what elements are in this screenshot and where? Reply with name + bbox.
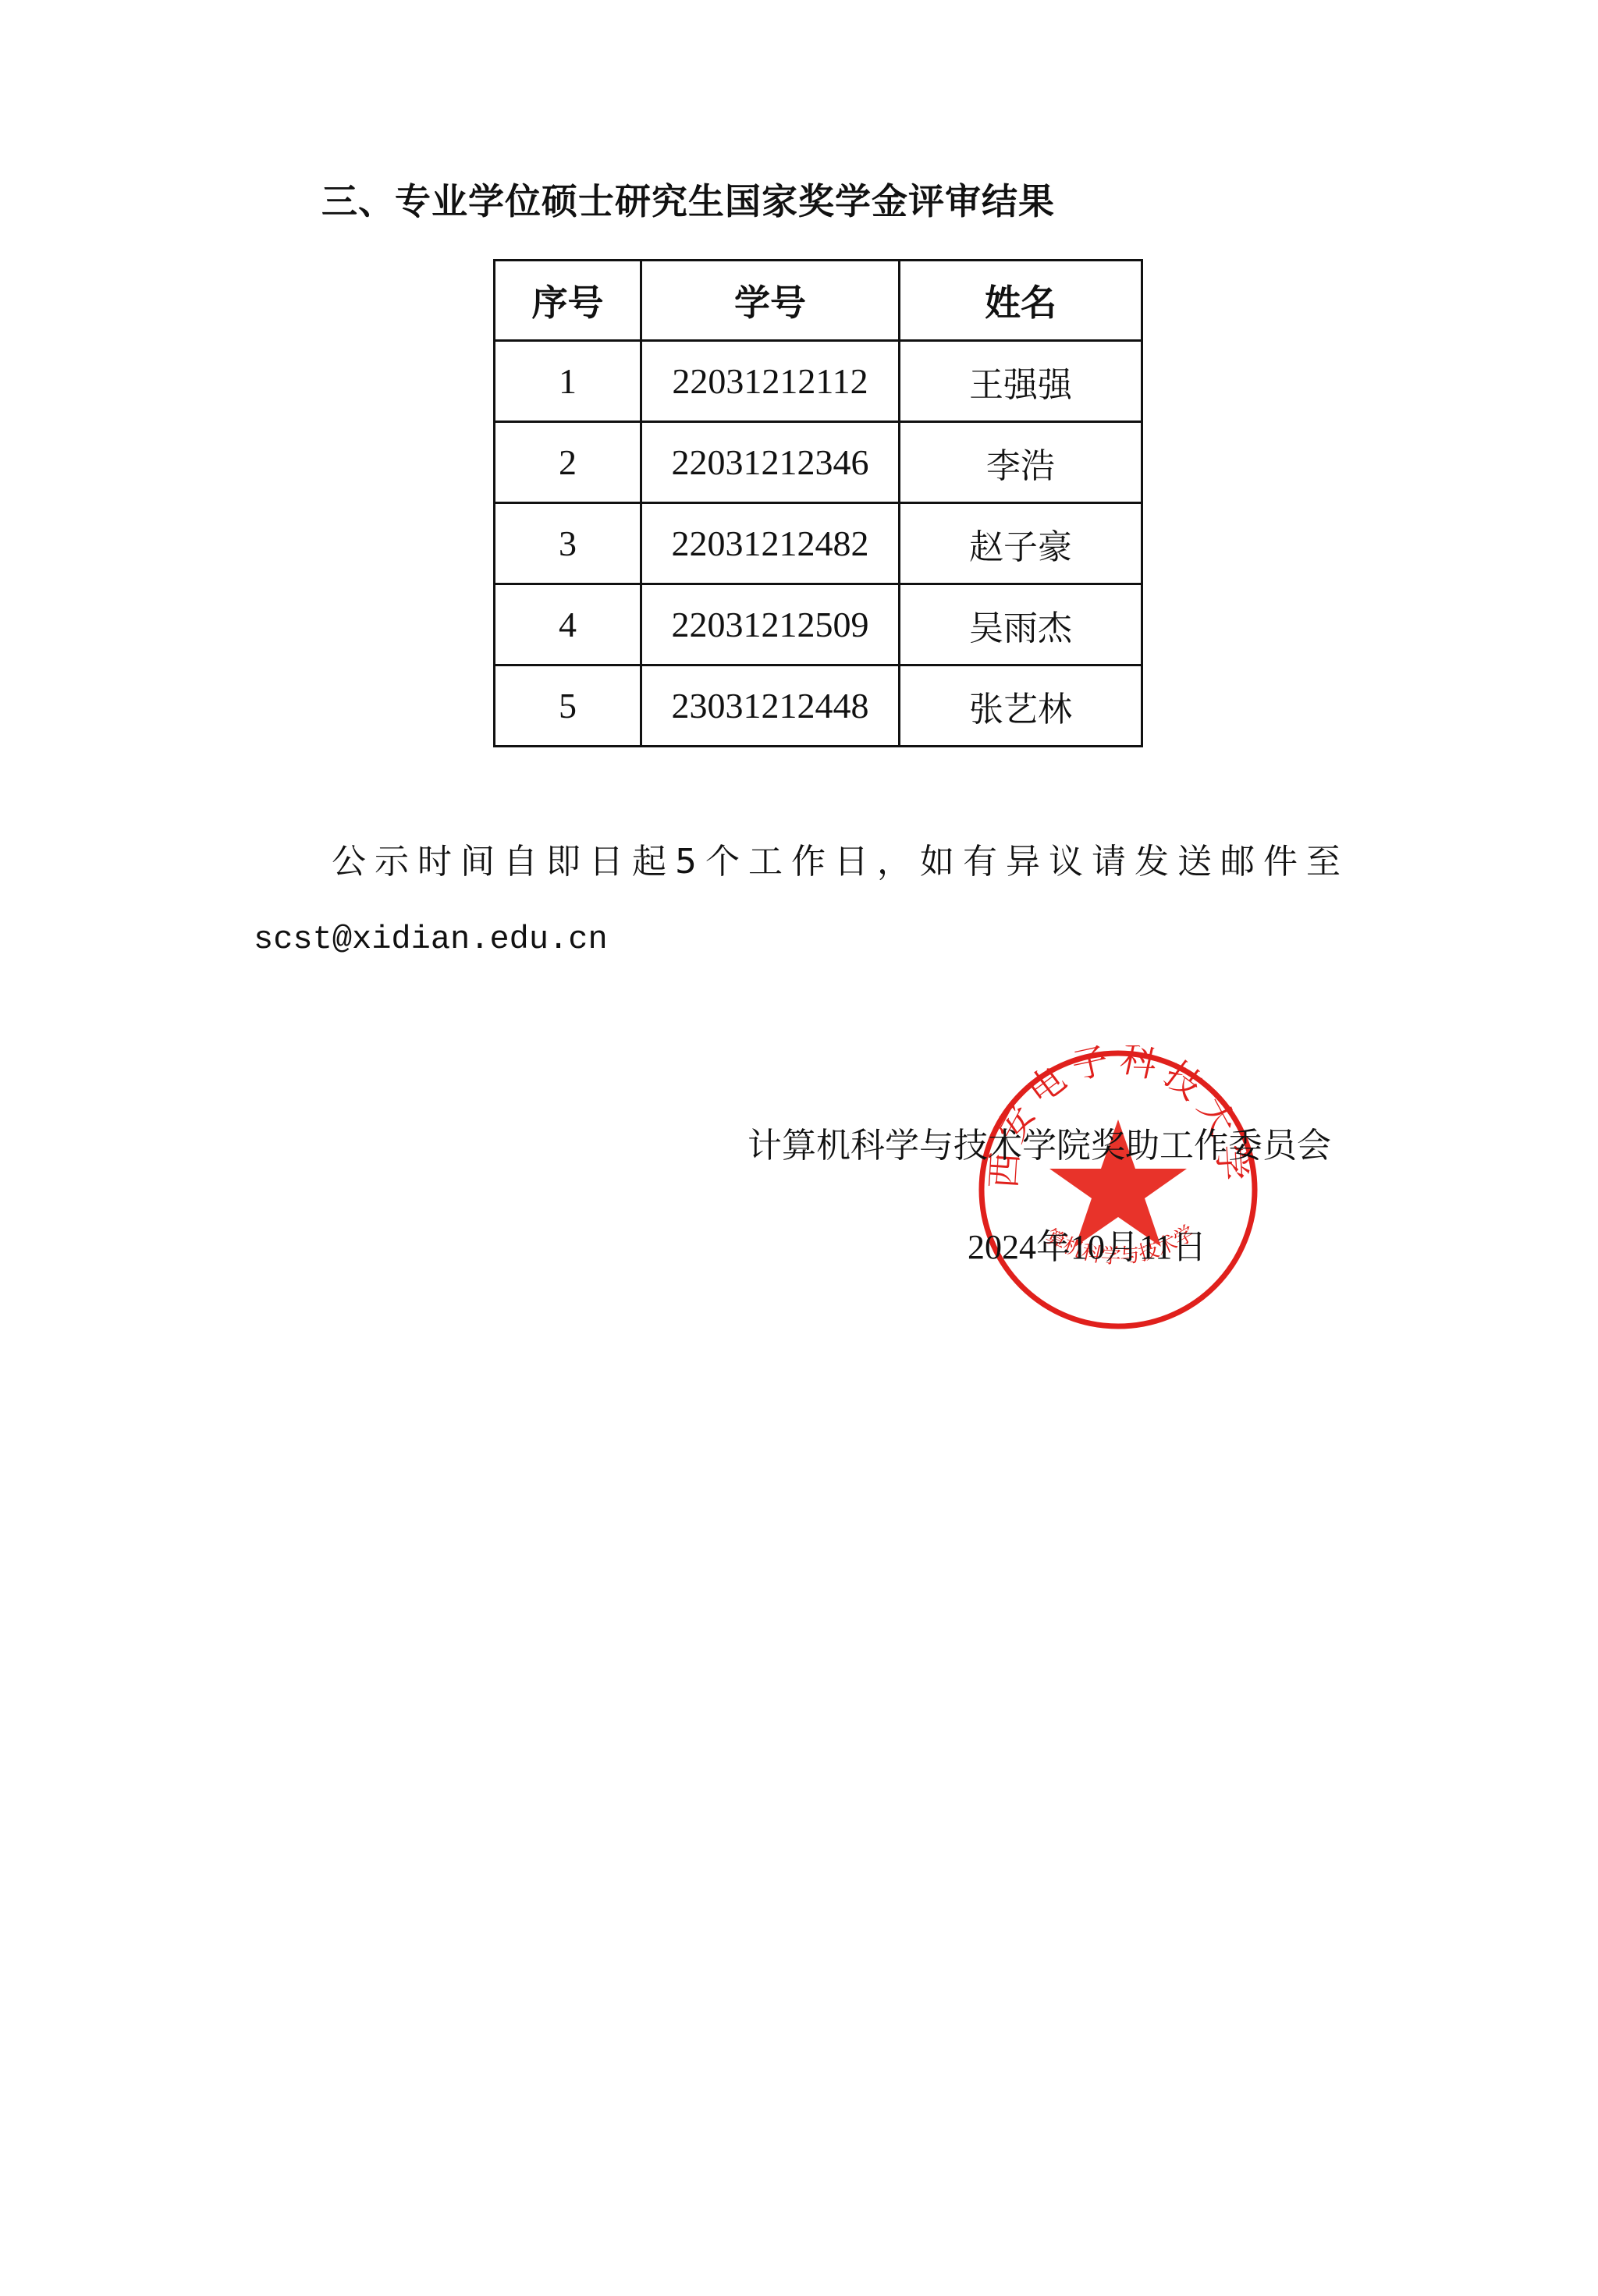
section-heading: 三、专业学位硕士研究生国家奖学金评审结果	[321, 173, 1055, 225]
table-header-row: 序号 学号 姓名	[495, 261, 1142, 341]
official-seal-icon: 西安电子科技大学 计算机科学与技术学院	[974, 1045, 1262, 1334]
cell-name: 李浩	[900, 422, 1142, 503]
cell-name: 张艺林	[900, 665, 1142, 747]
cell-index: 4	[495, 584, 641, 665]
cell-student-id: 22031212112	[641, 341, 900, 422]
signing-organization: 计算机科学与技术学院奖助工作委员会	[748, 1117, 1331, 1167]
contact-email[interactable]: scst@xidian.edu.cn	[254, 921, 608, 958]
table-row: 5 23031212448 张艺林	[495, 665, 1142, 747]
cell-name: 赵子豪	[900, 503, 1142, 584]
cell-student-id: 22031212482	[641, 503, 900, 584]
cell-index: 3	[495, 503, 641, 584]
cell-student-id: 22031212346	[641, 422, 900, 503]
cell-index: 5	[495, 665, 641, 747]
cell-student-id: 23031212448	[641, 665, 900, 747]
signing-date: 2024年10月11日	[968, 1219, 1206, 1269]
cell-student-id: 22031212509	[641, 584, 900, 665]
cell-name: 王强强	[900, 341, 1142, 422]
cell-name: 吴雨杰	[900, 584, 1142, 665]
cell-index: 1	[495, 341, 641, 422]
table-row: 1 22031212112 王强强	[495, 341, 1142, 422]
column-header-student-id: 学号	[641, 261, 900, 341]
cell-index: 2	[495, 422, 641, 503]
column-header-index: 序号	[495, 261, 641, 341]
table-row: 2 22031212346 李浩	[495, 422, 1142, 503]
scholarship-results-table: 序号 学号 姓名 1 22031212112 王强强 2 22031212346…	[493, 259, 1143, 747]
column-header-name: 姓名	[900, 261, 1142, 341]
notice-text: 公示时间自即日起5个工作日，如有异议请发送邮件至	[332, 833, 1349, 883]
table-row: 3 22031212482 赵子豪	[495, 503, 1142, 584]
table-row: 4 22031212509 吴雨杰	[495, 584, 1142, 665]
